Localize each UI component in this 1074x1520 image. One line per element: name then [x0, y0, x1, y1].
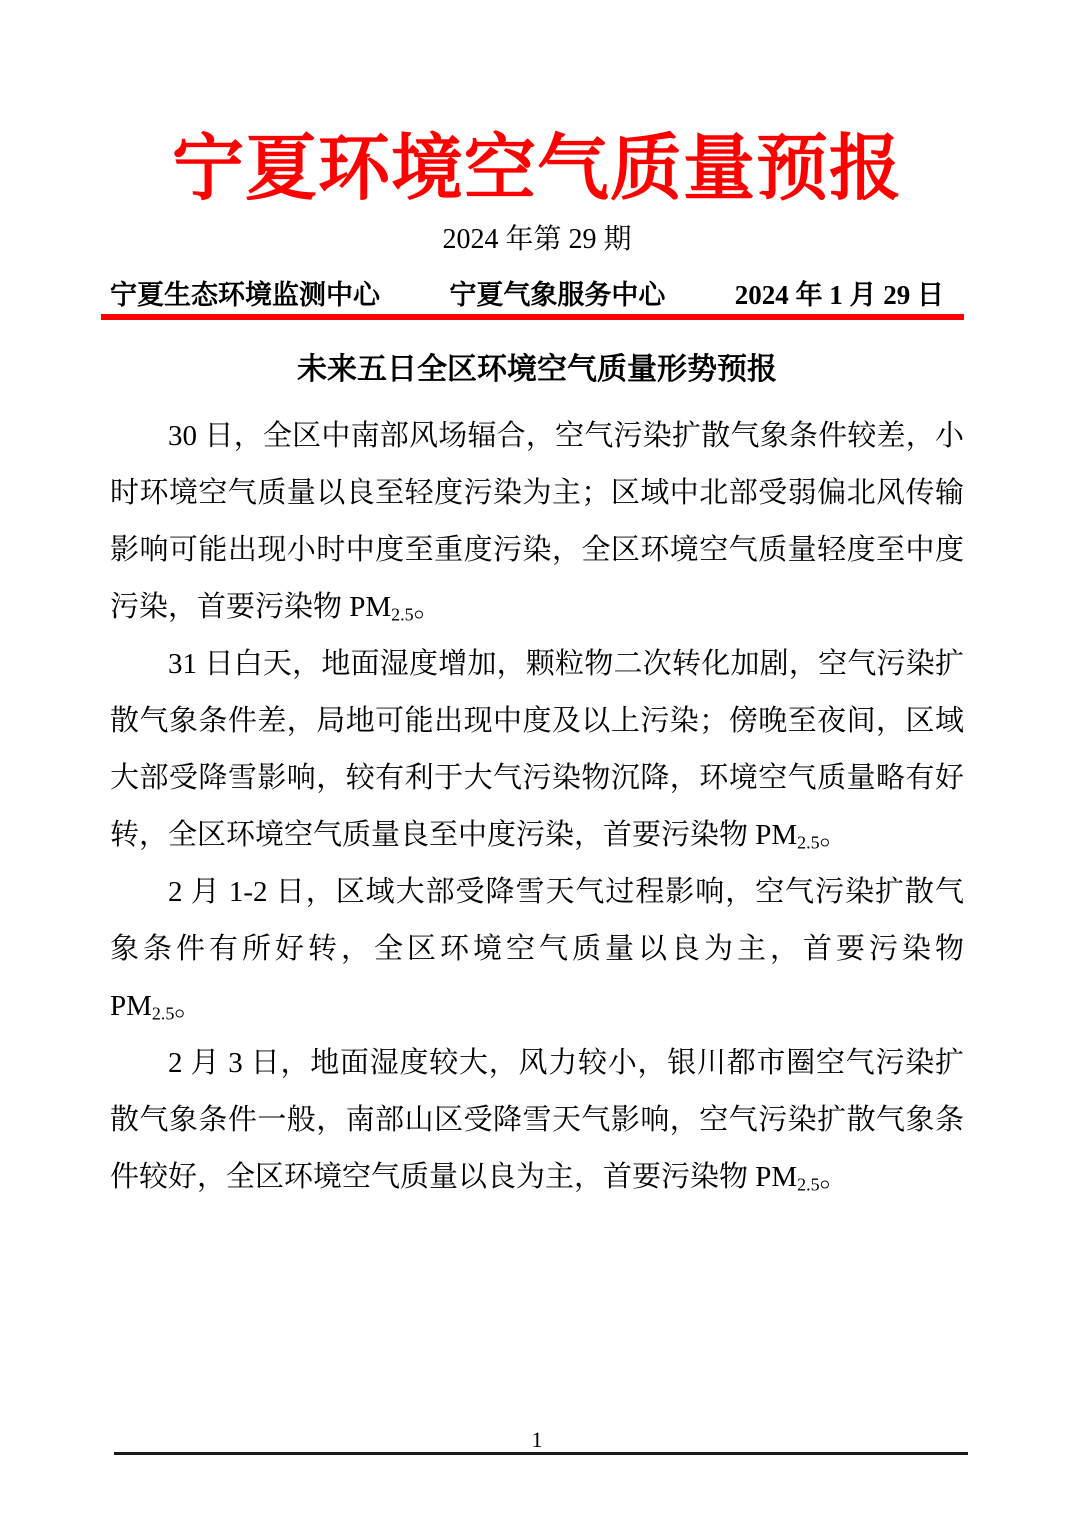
document-content: 宁夏环境空气质量预报 2024 年第 29 期 宁夏生态环境监测中心 宁夏气象服…: [0, 0, 1074, 1206]
text-run: 。: [174, 990, 203, 1022]
forecast-paragraph: 2 月 1-2 日，区域大部受降雪天气过程影响，空气污染扩散气象条件有所好转，全…: [110, 864, 964, 1035]
body-paragraphs: 30 日，全区中南部风场辐合，空气污染扩散气象条件较差，小时环境空气质量以良至轻…: [110, 408, 964, 1206]
page-number: 1: [0, 1428, 1074, 1452]
text-run: 30 日，全区中南部风场辐合，空气污染扩散气象条件较差，小时环境空气质量以良至轻…: [110, 420, 964, 623]
subscript-run: 2.5: [797, 832, 819, 852]
byline-row: 宁夏生态环境监测中心 宁夏气象服务中心 2024 年 1 月 29 日: [110, 281, 964, 309]
text-run: 。: [820, 819, 849, 851]
subscript-run: 2.5: [797, 1174, 819, 1194]
forecast-paragraph: 2 月 3 日，地面湿度较大，风力较小，银川都市圈空气污染扩散气象条件一般，南部…: [110, 1035, 964, 1206]
header-red-rule: [101, 314, 964, 320]
subscript-run: 2.5: [391, 604, 413, 624]
document-page: { "page": { "title": "宁夏环境空气质量预报", "issu…: [0, 0, 1074, 1520]
section-heading: 未来五日全区环境空气质量形势预报: [110, 354, 964, 386]
issue-number: 2024 年第 29 期: [110, 225, 964, 255]
text-run: 。: [820, 1161, 849, 1193]
text-run: 2 月 1-2 日，区域大部受降雪天气过程影响，空气污染扩散气象条件有所好转，全…: [110, 876, 964, 1022]
forecast-paragraph: 31 日白天，地面湿度增加，颗粒物二次转化加剧，空气污染扩散气象条件差，局地可能…: [110, 636, 964, 864]
text-run: 。: [414, 591, 443, 623]
issuer-environment-center: 宁夏生态环境监测中心: [110, 281, 380, 309]
subscript-run: 2.5: [152, 1003, 174, 1023]
document-title: 宁夏环境空气质量预报: [110, 131, 964, 207]
forecast-paragraph: 30 日，全区中南部风场辐合，空气污染扩散气象条件较差，小时环境空气质量以良至轻…: [110, 408, 964, 636]
footer-rule: [114, 1452, 968, 1455]
issue-date: 2024 年 1 月 29 日: [735, 281, 944, 309]
issuer-weather-center: 宁夏气象服务中心: [449, 281, 665, 309]
